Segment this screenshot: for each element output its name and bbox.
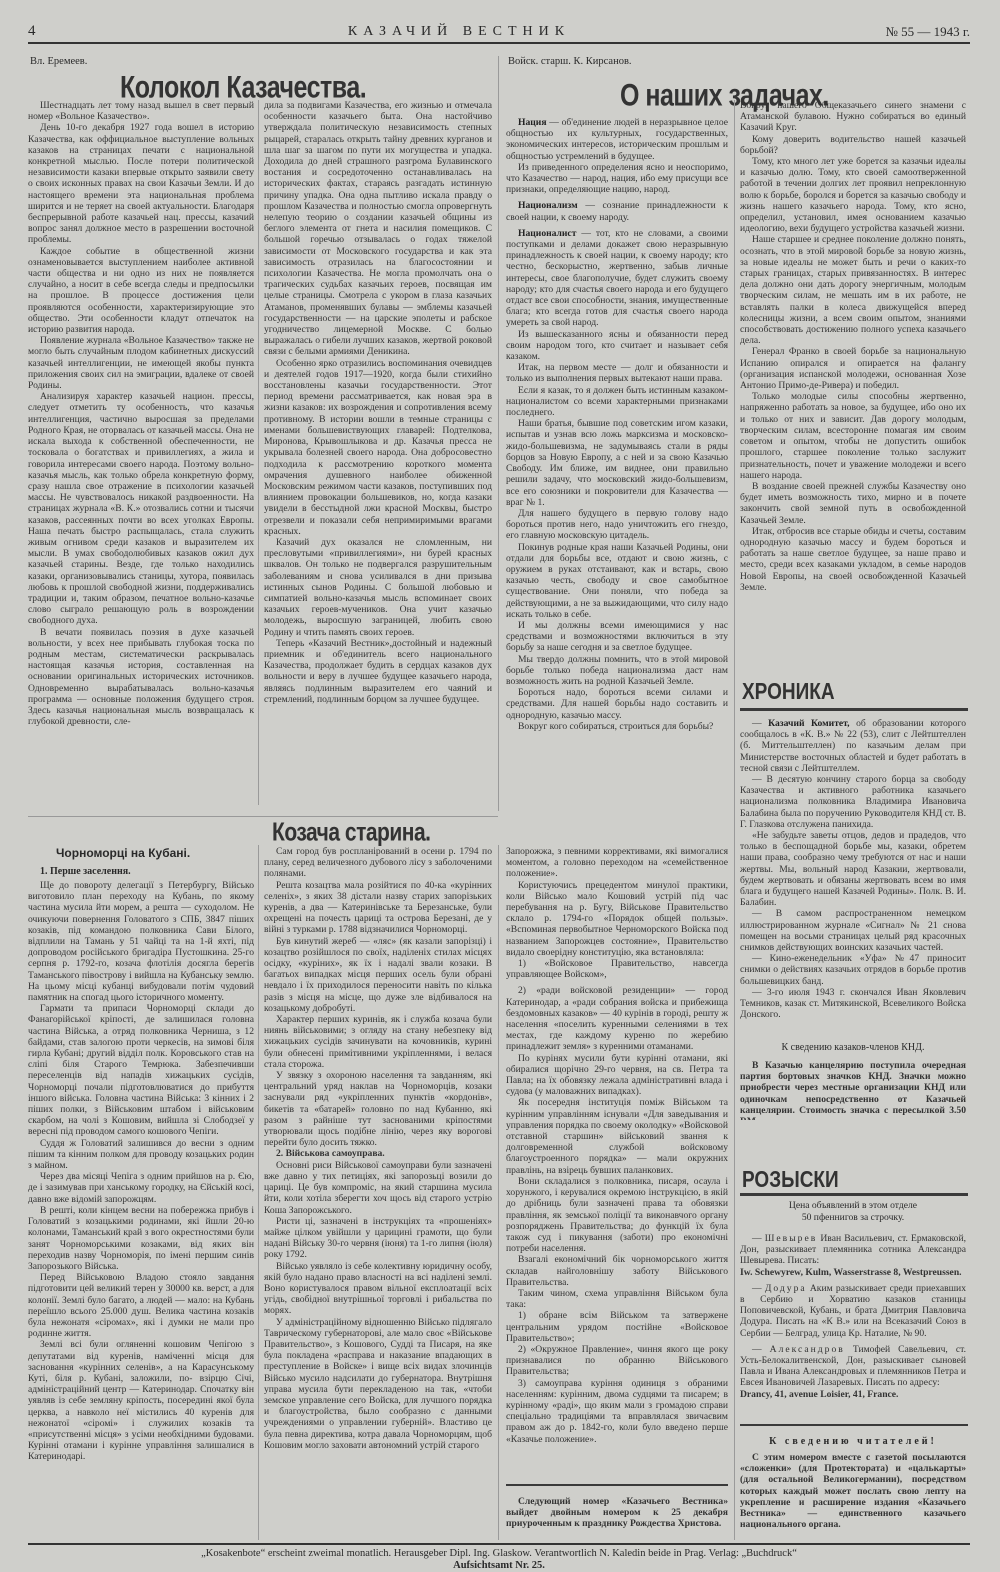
section-rule: [28, 816, 498, 817]
column-divider: [734, 100, 735, 660]
paragraph: Користуючись прецедентом минулої практик…: [506, 880, 728, 958]
article2-col2: Вокруг нашего Общеказачьего синего знаме…: [740, 100, 966, 660]
paragraph: Только молодые силы способны жертвенно, …: [740, 391, 966, 481]
chronicle-item: — В десятую кончину старого борца за сво…: [740, 774, 966, 830]
section-rule: [740, 708, 968, 711]
article3-col1: Ще до повороту делегації з Петербургу, В…: [28, 880, 254, 1540]
chronicle-item: — Казачий Комитет, об образовании которо…: [740, 718, 966, 774]
paragraph: По курінях мусили бути курінні отамани, …: [506, 1053, 728, 1098]
newspaper-title: КАЗАЧИЙ ВЕСТНИК: [348, 24, 570, 40]
paragraph: Наше старшее и среднее поколение должно …: [740, 234, 966, 346]
paragraph: У адміністраційному відношенню Військо п…: [264, 1317, 492, 1451]
price-note-line: Цена объявлений в этом отделе: [740, 1200, 966, 1212]
censorship-line: Aufsichtsamt Nr. 25.: [28, 1560, 970, 1572]
paragraph: Перед Військовою Владою стояло завдання …: [28, 1272, 254, 1339]
paragraph: Если я казак, то я должен быть истинным …: [506, 385, 728, 419]
readers-notice-text: С этим номером вместе с газетой посылают…: [740, 1452, 966, 1536]
article1-col2: дила за подвигами Казачества, его жизнью…: [264, 100, 492, 810]
paragraph: Казачий дух оказался не сломленным, ни п…: [264, 537, 492, 638]
article2-col1: Нация — об'единение людей в неразрывное …: [506, 112, 728, 812]
paragraph: Итак, на первом месте — долг и обязаннос…: [506, 362, 728, 384]
searches-title: РОЗЫСКИ: [742, 1168, 839, 1194]
paragraph: Вони складалися з полковника, писаря, ос…: [506, 1176, 728, 1254]
paragraph: День 10-го декабря 1927 года вошел в ист…: [28, 122, 254, 245]
paragraph: 1) «Войсковое Правительство, навсегда уп…: [506, 958, 728, 980]
paragraph: Для нашего будущего в первую голову надо…: [506, 508, 728, 542]
paragraph: дила за подвигами Казачества, его жизнью…: [264, 100, 492, 358]
masthead: 4 КАЗАЧИЙ ВЕСТНИК № 55 — 1943 г.: [28, 22, 970, 44]
paragraph: Из вышесказанного ясны и обязанности пер…: [506, 329, 728, 363]
search-address: Drancy, 41, avenue Loisier, 41, France.: [740, 1389, 966, 1400]
price-note-line: 50 пфеннигов за строчку.: [740, 1212, 966, 1224]
paragraph: Покинув родные края наши Казачьей Родины…: [506, 542, 728, 620]
paragraph: В вечати появилась поэзия в духе казачье…: [28, 627, 254, 728]
section-rule: [506, 1484, 728, 1486]
column-divider: [258, 100, 259, 805]
article3-col3: Запорожжа, з певними коррективами, які в…: [506, 846, 728, 1456]
article1-col1: Шестнадцать лет тому назад вышел в свет …: [28, 100, 254, 810]
knd-notice-title: К сведению казаков-членов КНД.: [740, 1042, 966, 1053]
article3-section1-title: 1. Перше заселення.: [40, 866, 131, 877]
chronicle-item: — Кино-еженедельник «Уфа» №47 приносит с…: [740, 953, 966, 987]
definition-paragraph: Нация — об'единение людей в неразрывное …: [506, 117, 728, 162]
imprint-footer: „Kosakenbote“ erscheint zweimal monatlic…: [28, 1543, 970, 1572]
chronicle-item: — 3-го июля 1943 г. скончался Иван Яковл…: [740, 987, 966, 1021]
column-divider: [498, 56, 499, 811]
readers-notice-title: К сведению читателей!: [740, 1436, 966, 1447]
article1-author: Вл. Еремеев.: [30, 56, 87, 67]
column-divider: [258, 845, 259, 1540]
search-listing: — Александров Тимофей Савельевич, ст. Ус…: [740, 1344, 966, 1400]
paragraph: 1) обране всім Військом та затвержене це…: [506, 1310, 728, 1344]
knd-notice-text: В Казачью канцелярию поступила очередная…: [740, 1060, 966, 1120]
article3-section2-title: 2. Військова самоуправа.: [264, 1148, 492, 1159]
paragraph: Вокруг кого собираться, строиться для бо…: [506, 721, 728, 732]
chronicle-title: ХРОНИКА: [742, 680, 835, 706]
paragraph: Наши братья, бывшие под советским игом к…: [506, 418, 728, 508]
paragraph: Був кинутий жереб — «ляс» (як казали зап…: [264, 936, 492, 1014]
paragraph: Взагалі економічний бік чорноморського ж…: [506, 1254, 728, 1288]
paragraph: Следующий номер «Казачьего Вестника» вый…: [506, 1496, 728, 1530]
paragraph: Кому доверить водительство нашей казачье…: [740, 134, 966, 156]
article2-author: Войск. старш. К. Кирсанов.: [508, 56, 632, 67]
paragraph: Итак, отбросив все старые обиды и счеты,…: [740, 526, 966, 593]
article3-subtitle: Чорноморці на Кубані.: [56, 846, 190, 860]
paragraph: Вокруг нашего Общеказачьего синего знаме…: [740, 100, 966, 134]
searches-items: — Шевырев Иван Васильевич, ст. Ермаковск…: [740, 1228, 966, 1418]
page-number: 4: [28, 23, 88, 40]
paragraph: Землі всі були огляненні кошовим Чепігою…: [28, 1339, 254, 1462]
column-divider: [734, 660, 735, 1540]
paragraph: Решта козацтва мала розійтися по 40-ка «…: [264, 880, 492, 936]
issue-number: № 55 — 1943 г.: [830, 24, 970, 40]
paragraph: В воздание своей прежней службы Казачест…: [740, 481, 966, 526]
paragraph: Тому, кто много лет уже борется за казач…: [740, 156, 966, 234]
paragraph: Суддя ж Головатий залишився до весни з о…: [28, 1138, 254, 1172]
paragraph: Бороться надо, бороться всеми силами и с…: [506, 687, 728, 721]
paragraph: Появление журнала «Вольное Казачество» т…: [28, 335, 254, 391]
paragraph: У звязку з охороною населення та завданн…: [264, 1070, 492, 1148]
paragraph: Через два місяці Чепіга з одним прийшов …: [28, 1171, 254, 1205]
paragraph: Ще до повороту делегації з Петербургу, В…: [28, 880, 254, 1003]
definition-paragraph: Национализм — сознание принадлежности к …: [506, 200, 728, 222]
paragraph: В Казачью канцелярию поступила очередная…: [740, 1060, 966, 1120]
paragraph: Каждое событие в общественной жизни озна…: [28, 246, 254, 336]
paragraph: Як посередня інституція поміж Військом т…: [506, 1097, 728, 1175]
section-rule: [740, 1424, 968, 1426]
article3-title: Козача старина.: [272, 818, 430, 848]
chronicle-item: — В самом распространенном немецком иллю…: [740, 908, 966, 953]
paragraph: Анализируя характер казачьей национ. пре…: [28, 391, 254, 626]
paragraph: Ристи ці, зазначені в інструкціях та «пр…: [264, 1216, 492, 1261]
paragraph: Основні риси Військової самоуправи були …: [264, 1160, 492, 1216]
paragraph: 2) «Окружное Правление», чиння якого ще …: [506, 1344, 728, 1378]
search-address: Iw. Schewyrew, Kulm, Wasserstrasse 8, We…: [740, 1267, 966, 1278]
paragraph: Запорожжа, з певними коррективами, які в…: [506, 846, 728, 880]
search-listing: — Додура Аким разыскивает среди приехавш…: [740, 1283, 966, 1339]
paragraph: Мы твердо должны помнить, что в этой мир…: [506, 654, 728, 688]
paragraph: В решті, коли кінцем весни на побережжа …: [28, 1205, 254, 1272]
next-issue-notice: Следующий номер «Казачьего Вестника» вый…: [506, 1496, 728, 1542]
paragraph: 3) самоуправа куріння одиниця з обраними…: [506, 1378, 728, 1445]
paragraph: Характер перших куринів, як і служба коз…: [264, 1014, 492, 1070]
paragraph: Таким чином, схема управління Військом б…: [506, 1288, 728, 1310]
chronicle-item: «Не забудьте заветы отцов, дедов и праде…: [740, 830, 966, 908]
paragraph: Шестнадцать лет тому назад вышел в свет …: [28, 100, 254, 122]
paragraph: Військо уявляло із себе колективну юриди…: [264, 1261, 492, 1317]
paragraph: Гармати та припаси Чорноморці склади до …: [28, 1003, 254, 1137]
paragraph: Из приведенного определения ясно и неосп…: [506, 162, 728, 196]
paragraph: 2) «ради войсковой резиденции» — город К…: [506, 985, 728, 1052]
paragraph: Сам город був роспланірований в осени р.…: [264, 846, 492, 880]
paragraph: С этим номером вместе с газетой посылают…: [740, 1452, 966, 1530]
paragraph: И мы должны всеми имеющимися у нас средс…: [506, 620, 728, 654]
searches-price-note: Цена объявлений в этом отделе 50 пфенниг…: [740, 1200, 966, 1224]
column-divider: [498, 845, 499, 1540]
newspaper-page: 4 КАЗАЧИЙ ВЕСТНИК № 55 — 1943 г. Вл. Ере…: [0, 0, 1000, 1572]
paragraph: Генерал Франко в своей борьбе за национа…: [740, 346, 966, 391]
definition-paragraph: Националист — тот, кто не словами, а сво…: [506, 228, 728, 329]
paragraph: Теперь «Казачий Вестник»,достойный и над…: [264, 638, 492, 705]
imprint-line: „Kosakenbote“ erscheint zweimal monatlic…: [28, 1548, 970, 1560]
article3-col2: Сам город був роспланірований в осени р.…: [264, 846, 492, 1540]
paragraph: Особенно ярко отразились воспоминания оч…: [264, 358, 492, 537]
section-rule: [740, 1193, 968, 1196]
search-listing: — Шевырев Иван Васильевич, ст. Ермаковск…: [740, 1233, 966, 1278]
chronicle-items: — Казачий Комитет, об образовании которо…: [740, 718, 966, 1038]
